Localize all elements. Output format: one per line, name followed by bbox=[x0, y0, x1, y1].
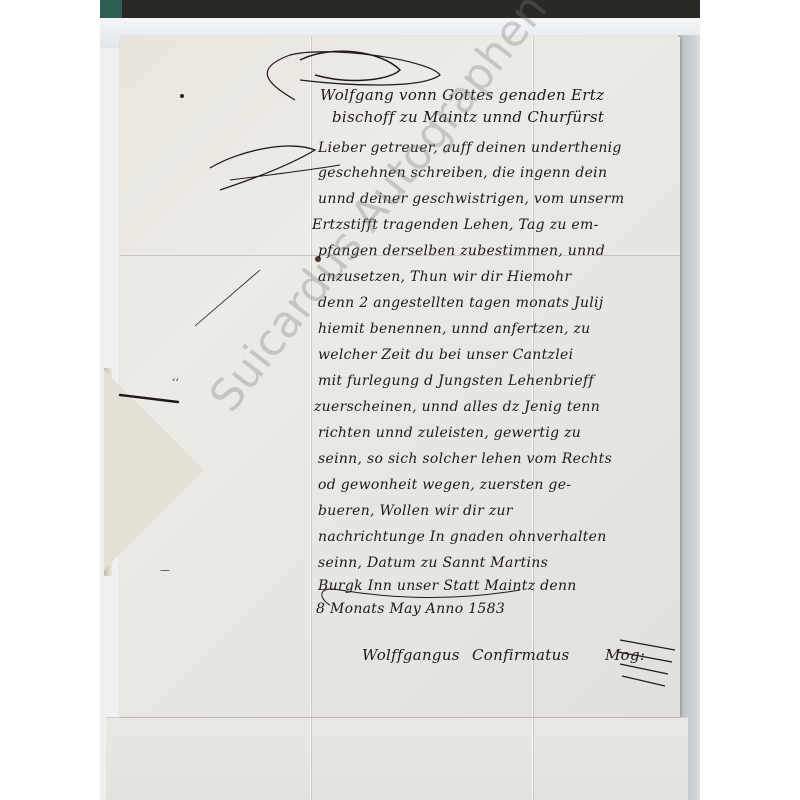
body-line: richten unnd zuleisten, gewertig zu bbox=[318, 425, 581, 441]
date-line: 8 Monats May Anno 1583 bbox=[316, 601, 505, 617]
signature-title: Confirmatus bbox=[472, 646, 570, 664]
letter-photograph: Wolfgang vonn Gottes genaden Ertz bischo… bbox=[100, 0, 700, 800]
body-line: seinn, Datum zu Sannt Martins bbox=[318, 555, 548, 571]
signature-name: Wolffgangus bbox=[362, 646, 460, 664]
body-line: mit furlegung d Jungsten Lehenbrieff bbox=[318, 373, 594, 389]
body-line: bueren, Wollen wir dir zur bbox=[318, 503, 513, 519]
margin-mark: ’’ bbox=[172, 378, 179, 389]
body-line: Lieber getreuer, auff deinen underthenig bbox=[318, 140, 622, 156]
body-line: nachrichtunge In gnaden ohnverhalten bbox=[318, 529, 607, 545]
body-line: Burgk Inn unser Statt Maintz denn bbox=[318, 578, 577, 594]
body-line: od gewonheit wegen, zuersten ge- bbox=[318, 477, 571, 493]
body-line: seinn, so sich solcher lehen vom Rechts bbox=[318, 451, 612, 467]
body-line: welcher Zeit du bei unser Cantzlei bbox=[318, 347, 573, 363]
body-line: zuerscheinen, unnd alles dz Jenig tenn bbox=[314, 399, 600, 415]
body-line: geschehnen schreiben, die ingenn dein bbox=[318, 165, 607, 181]
body-line: denn 2 angestellten tagen monats Julij bbox=[318, 295, 603, 311]
signature-suffix: Mog: bbox=[605, 646, 645, 664]
margin-mark: — bbox=[160, 565, 170, 576]
body-line: hiemit benennen, unnd anfertzen, zu bbox=[318, 321, 590, 337]
